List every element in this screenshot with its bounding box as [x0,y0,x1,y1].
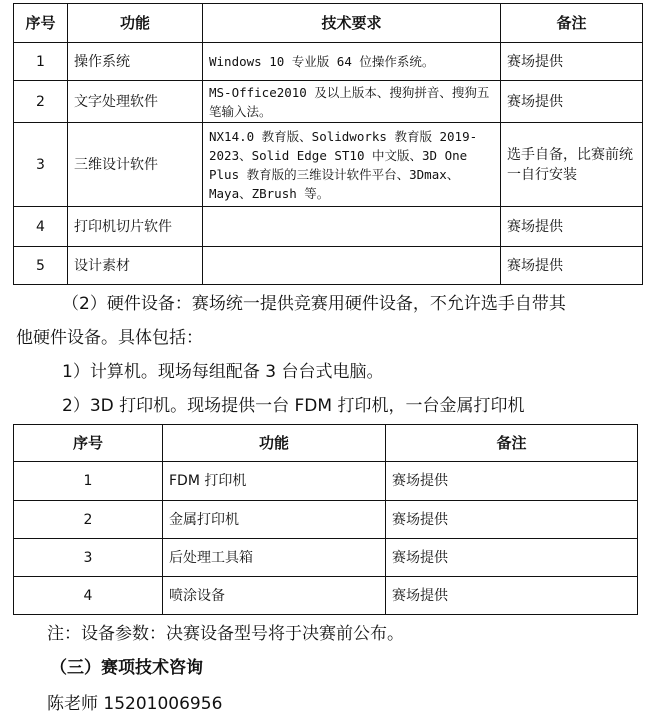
row-requirement [203,207,501,247]
row-no: 1 [14,462,163,501]
row-note: 赛场提供 [501,43,643,81]
row-no: 4 [14,577,163,615]
header-note: 备注 [386,425,638,462]
table-row: 5 设计素材 赛场提供 [14,247,643,285]
table-row: 2 金属打印机 赛场提供 [14,501,638,539]
row-no: 5 [14,247,68,285]
header-no: 序号 [14,4,68,43]
row-function: 后处理工具箱 [163,539,386,577]
hardware-item-printer: 2）3D 打印机。现场提供一台 FDM 打印机，一台金属打印机 [62,394,524,418]
table-row: 3 三维设计软件 NX14.0 教育版、Solidworks 教育版 2019-… [14,123,643,207]
row-function: 操作系统 [68,43,203,81]
hardware-table: 序号 功能 备注 1 FDM 打印机 赛场提供 2 金属打印机 赛场提供 3 后… [13,424,638,615]
row-function: 金属打印机 [163,501,386,539]
row-note: 赛场提供 [501,207,643,247]
header-no: 序号 [14,425,163,462]
row-function: FDM 打印机 [163,462,386,501]
table-row: 1 操作系统 Windows 10 专业版 64 位操作系统。 赛场提供 [14,43,643,81]
row-note: 赛场提供 [386,501,638,539]
table-row: 4 喷涂设备 赛场提供 [14,577,638,615]
table-row: 2 文字处理软件 MS-Office2010 及以上版本、搜狗拼音、搜狗五笔输入… [14,81,643,123]
row-no: 2 [14,81,68,123]
row-requirement: MS-Office2010 及以上版本、搜狗拼音、搜狗五笔输入法。 [203,81,501,123]
row-requirement: Windows 10 专业版 64 位操作系统。 [203,43,501,81]
hardware-item-computer: 1）计算机。现场每组配备 3 台台式电脑。 [62,360,383,384]
software-table: 序号 功能 技术要求 备注 1 操作系统 Windows 10 专业版 64 位… [13,3,643,285]
hardware-intro: （2）硬件设备：赛场统一提供竞赛用硬件设备，不允许选手自带其 [62,292,566,316]
table-row: 4 打印机切片软件 赛场提供 [14,207,643,247]
row-function: 三维设计软件 [68,123,203,207]
hardware-intro-cont: 他硬件设备。具体包括： [16,326,203,350]
row-function: 喷涂设备 [163,577,386,615]
row-no: 2 [14,501,163,539]
row-function: 设计素材 [68,247,203,285]
section-title: （三）赛项技术咨询 [50,656,203,680]
row-note: 赛场提供 [501,247,643,285]
row-note: 赛场提供 [386,539,638,577]
row-requirement: NX14.0 教育版、Solidworks 教育版 2019-2023、Soli… [203,123,501,207]
header-function: 功能 [68,4,203,43]
row-requirement [203,247,501,285]
table-row: 1 FDM 打印机 赛场提供 [14,462,638,501]
table-header-row: 序号 功能 备注 [14,425,638,462]
row-function: 打印机切片软件 [68,207,203,247]
row-no: 4 [14,207,68,247]
row-function: 文字处理软件 [68,81,203,123]
contact-info: 陈老师 15201006956 [47,692,222,716]
row-note: 赛场提供 [386,577,638,615]
row-note: 选手自备，比赛前统一自行安装 [501,123,643,207]
row-note: 赛场提供 [386,462,638,501]
table-row: 3 后处理工具箱 赛场提供 [14,539,638,577]
row-no: 3 [14,539,163,577]
header-function: 功能 [163,425,386,462]
row-no: 3 [14,123,68,207]
header-requirement: 技术要求 [203,4,501,43]
row-note: 赛场提供 [501,81,643,123]
equipment-note: 注：设备参数：决赛设备型号将于决赛前公布。 [47,622,404,646]
header-note: 备注 [501,4,643,43]
row-no: 1 [14,43,68,81]
table-header-row: 序号 功能 技术要求 备注 [14,4,643,43]
